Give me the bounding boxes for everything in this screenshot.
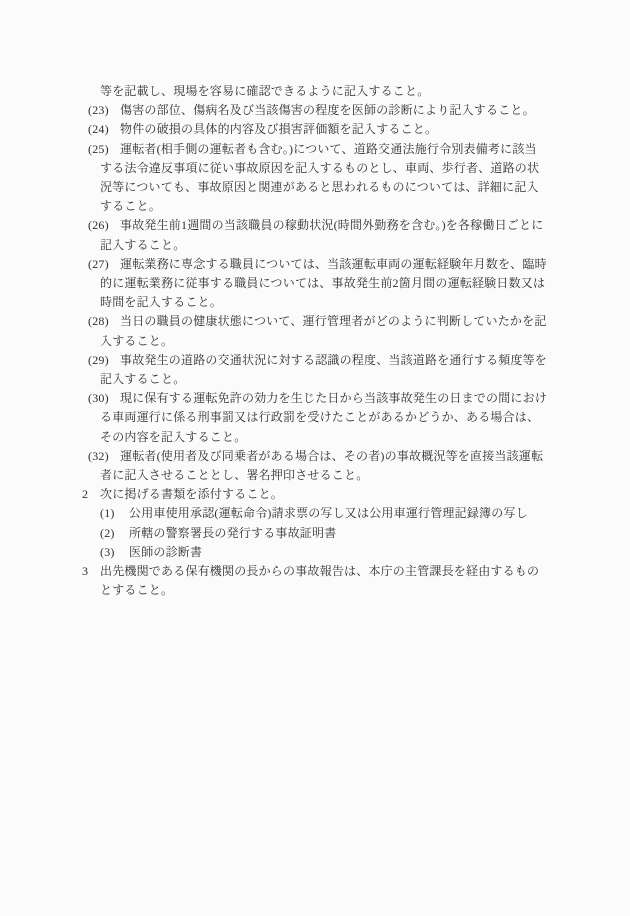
document-content: 等を記載し、現場を容易に確認できるように記入すること。 (23)傷害の部位、傷病… [0,0,630,600]
item-number: (24) [88,120,120,139]
item-text: 運転業務に専念する職員については、当該運転車両の運転経験年月数を、臨時的に運転業… [100,257,547,309]
item-number: (29) [88,351,120,370]
item-text: 医師の診断書 [129,545,202,559]
item-number: (3) [100,543,129,562]
item-text: 現に保有する運転免許の効力を生じた日から当該事故発生の日までの間における車両運行… [100,391,547,443]
section-text: 出先機関である保有機関の長からの事故報告は、本庁の主管課長を経由するものとするこ… [100,564,539,597]
item-text: 事故発生前1週間の当該職員の稼動状況(時間外勤務を含む。)を各稼働日ごとに記入す… [100,218,543,251]
list-item-28: (28)当日の職員の健康状態について、運行管理者がどのように判断していたかを記入… [100,312,548,350]
list-item-30: (30)現に保有する運転免許の効力を生じた日から当該事故発生の日までの間における… [100,389,548,447]
item-number: (2) [100,524,129,543]
item-text: 公用車使用承認(運転命令)請求票の写し又は公用車運行管理記録簿の写し [129,506,528,520]
list-item-26: (26)事故発生前1週間の当該職員の稼動状況(時間外勤務を含む。)を各稼働日ごと… [100,216,548,254]
document-page: 等を記載し、現場を容易に確認できるように記入すること。 (23)傷害の部位、傷病… [0,0,630,916]
list-item-29: (29)事故発生の道路の交通状況に対する認識の程度、当該道路を通行する頻度等を記… [100,351,548,389]
item-text: 傷害の部位、傷病名及び当該傷害の程度を医師の診断により記入すること。 [120,103,535,117]
list-item-24: (24)物件の破損の具体的内容及び損害評価額を記入すること。 [100,120,548,139]
item-text: 所轄の警察署長の発行する事故証明書 [129,526,336,540]
item-text: 運転者(使用者及び同乗者がある場合は、その者)の事故概況等を直接当該運転者に記入… [100,449,543,482]
item-number: (27) [88,255,120,274]
attachment-item-3: (3)医師の診断書 [100,543,590,562]
list-item-25: (25)運転者(相手側の運転者も含む。)について、道路交通法施行令別表備考に該当… [100,140,548,217]
continuation-line: 等を記載し、現場を容易に確認できるように記入すること。 [100,82,548,101]
section-3-heading: 3出先機関である保有機関の長からの事故報告は、本庁の主管課長を経由するものとする… [100,562,548,600]
attachment-item-2: (2)所轄の警察署長の発行する事故証明書 [100,524,590,543]
list-item-27: (27)運転業務に専念する職員については、当該運転車両の運転経験年月数を、臨時的… [100,255,548,313]
list-item-23: (23)傷害の部位、傷病名及び当該傷害の程度を医師の診断により記入すること。 [100,101,548,120]
item-number: (25) [88,140,120,159]
item-number: (30) [88,389,120,408]
item-text: 運転者(相手側の運転者も含む。)について、道路交通法施行令別表備考に該当する法令… [100,142,539,214]
item-text: 当日の職員の健康状態について、運行管理者がどのように判断していたかを記入すること… [100,314,547,347]
item-number: (26) [88,216,120,235]
item-number: (1) [100,504,129,523]
list-item-32: (32)運転者(使用者及び同乗者がある場合は、その者)の事故概況等を直接当該運転… [100,447,548,485]
item-text: 物件の破損の具体的内容及び損害評価額を記入すること。 [120,122,437,136]
section-number: 2 [82,485,100,504]
section-number: 3 [82,562,100,581]
item-text: 事故発生の道路の交通状況に対する認識の程度、当該道路を通行する頻度等を記入するこ… [100,353,547,386]
item-number: (28) [88,312,120,331]
item-number: (23) [88,101,120,120]
section-2-heading: 2次に掲げる書類を添付すること。 [100,485,548,504]
section-text: 次に掲げる書類を添付すること。 [100,487,283,501]
attachment-item-1: (1)公用車使用承認(運転命令)請求票の写し又は公用車運行管理記録簿の写し [100,504,590,523]
item-number: (32) [88,447,120,466]
